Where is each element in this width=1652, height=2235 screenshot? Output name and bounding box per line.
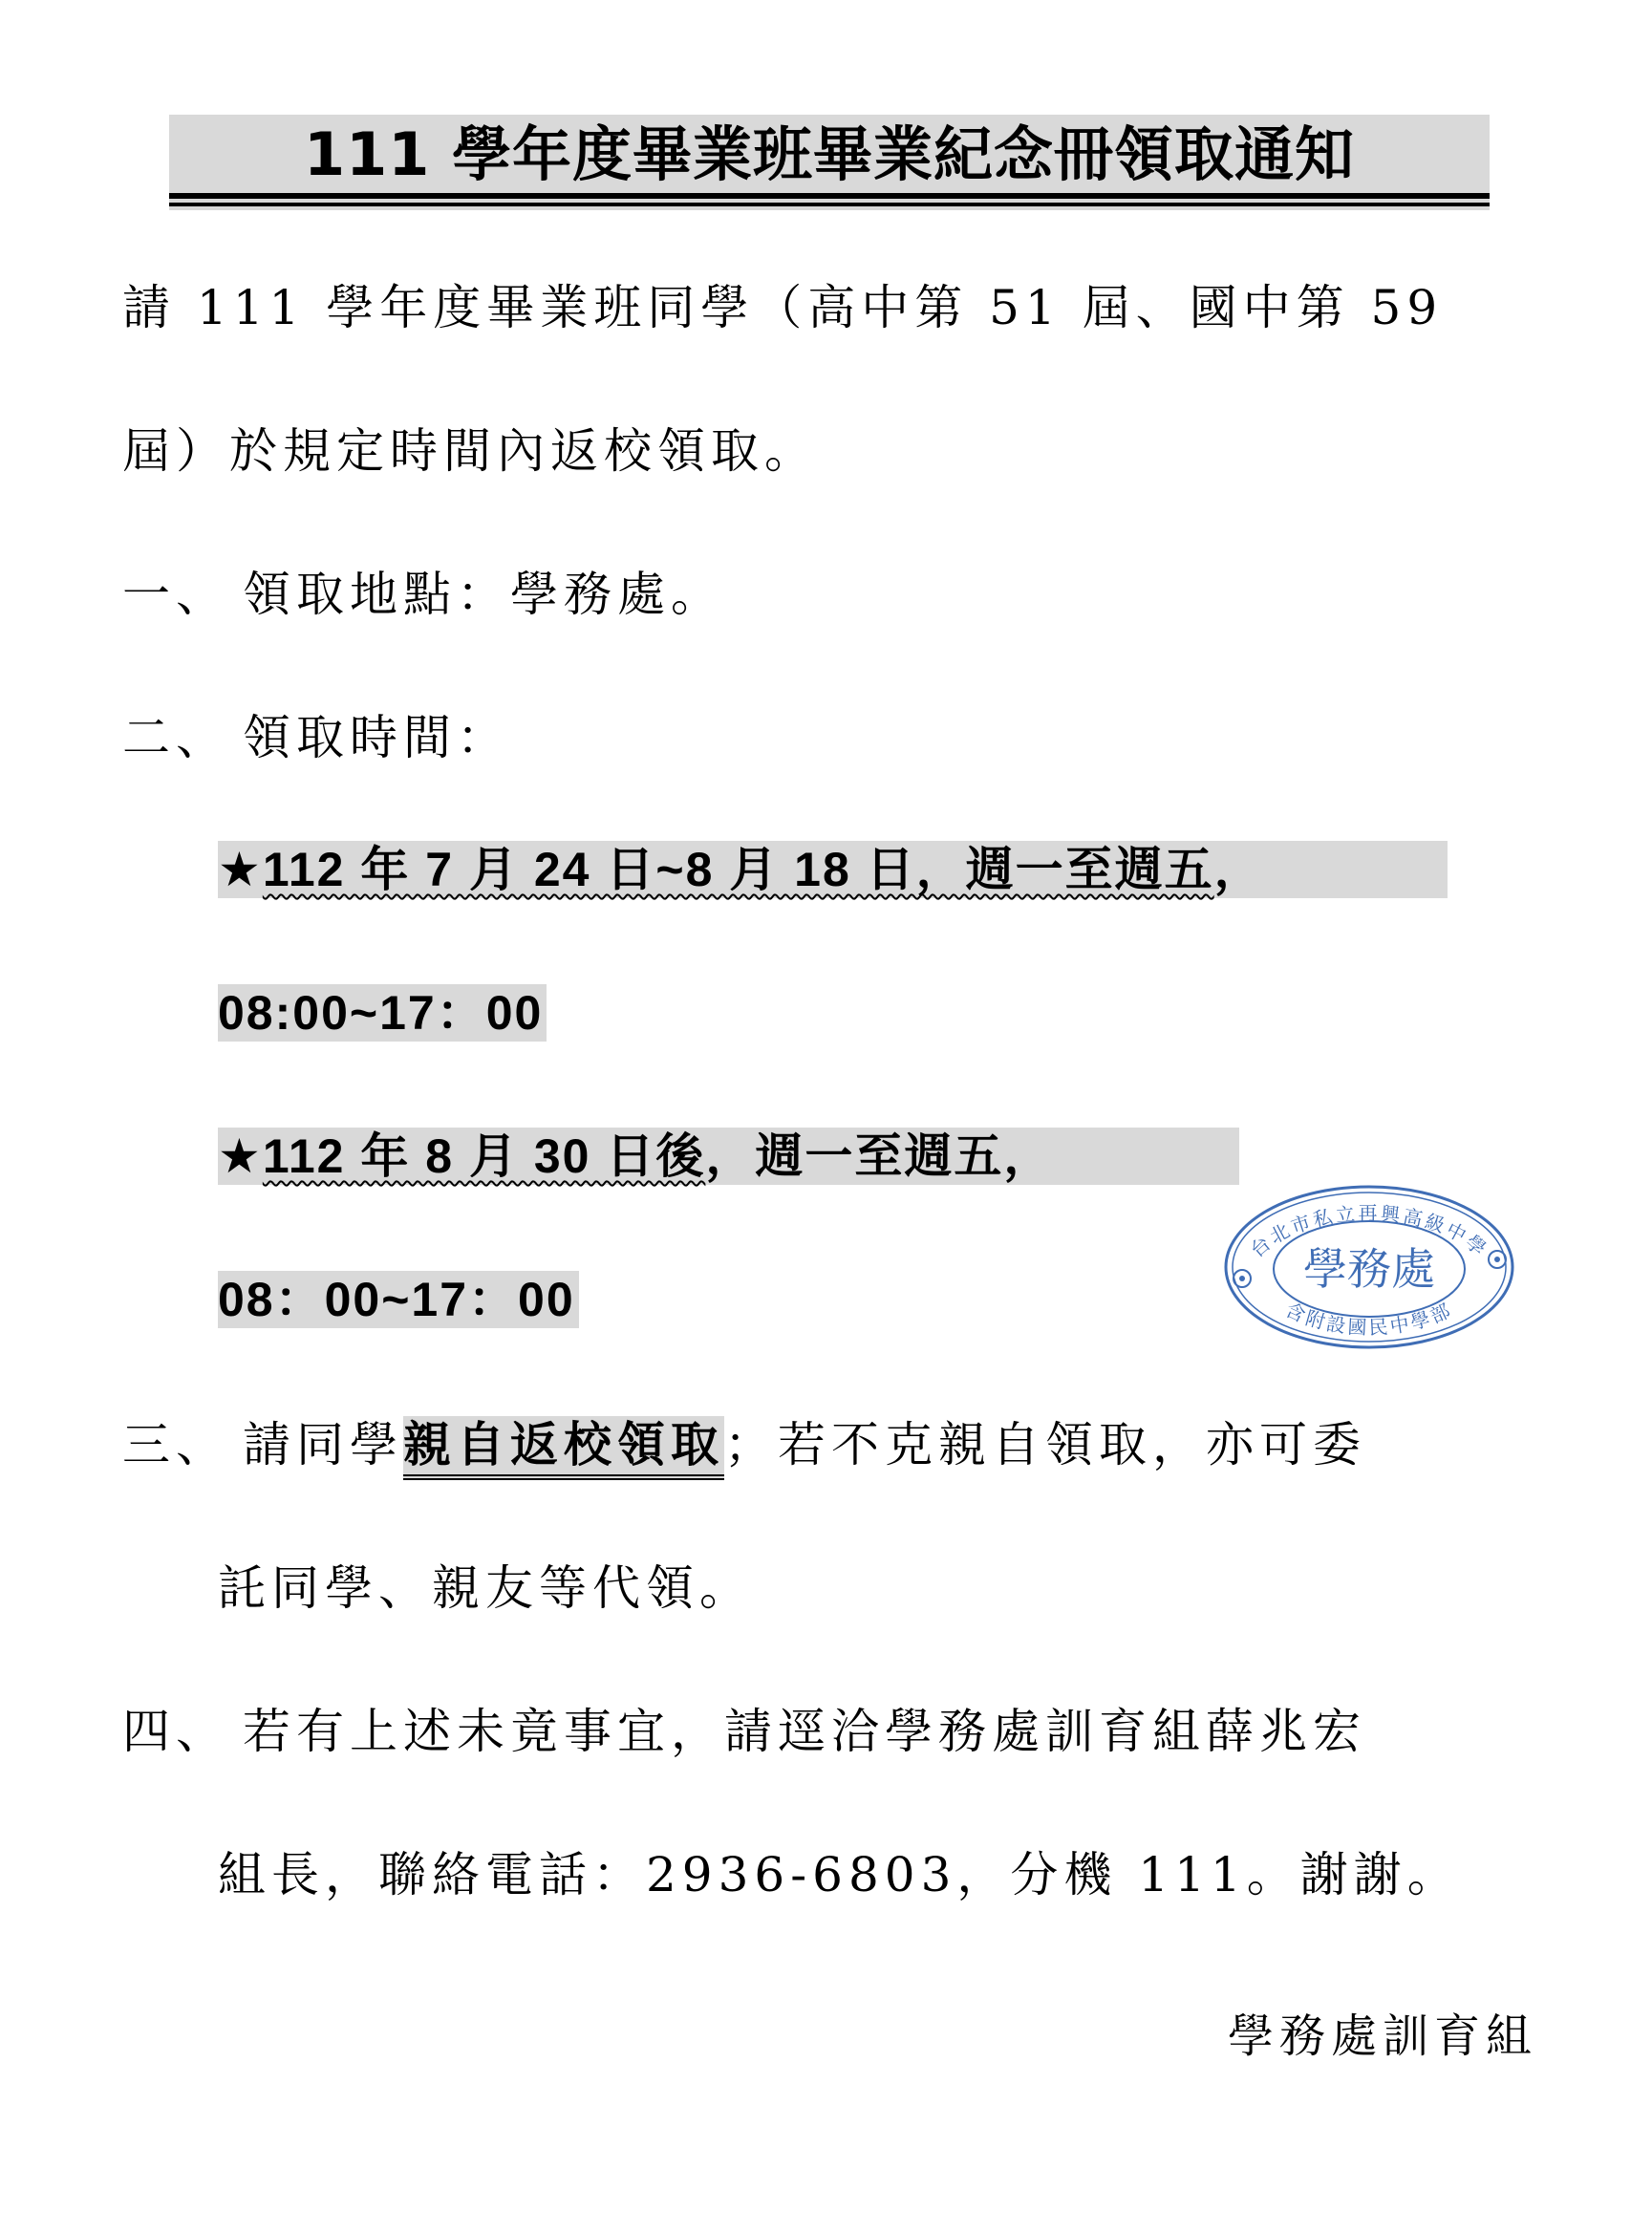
schedule-1-date-highlight: ★112 年 7 月 24 日~8 月 18 日，週一至週五，: [218, 841, 1448, 898]
intro-line-2: 屆）於規定時間內返校領取。: [122, 422, 818, 480]
item-3-number: 三、: [122, 1417, 229, 1472]
schedule-2-date: ★112 年 8 月 30 日後，週一至週五，: [218, 1128, 1239, 1185]
item-2-label: 領取時間：: [243, 710, 510, 765]
stamp-bottom-text: 含附設國民中學部: [1282, 1298, 1456, 1339]
title-underline-thick: [169, 193, 1490, 199]
title-underline-thin: [169, 203, 1490, 206]
schedule-2-date-highlight: ★112 年 8 月 30 日後，週一至週五，: [218, 1128, 1239, 1185]
item-4-line-1: 若有上述未竟事宜，請逕洽學務處訓育組薛兆宏: [243, 1704, 1366, 1759]
schedule-2-date-text: 112 年 8 月 30 日後: [263, 1129, 706, 1183]
item-4-line-2: 組長，聯絡電話：2936-6803，分機 111。謝謝。: [218, 1846, 1461, 1903]
schedule-1-date-text: 112 年 7 月 24 日~8 月 18 日，週一至週五: [263, 843, 1214, 896]
schedule-2-hours-text: 08：00~17：00: [218, 1271, 579, 1328]
item-3-line-2: 託同學、親友等代領。: [218, 1559, 753, 1617]
schedule-2-hours: 08：00~17：00: [218, 1271, 579, 1328]
title-banner: 111 學年度畢業班畢業紀念冊領取通知: [169, 115, 1490, 210]
item-2-number: 二、: [122, 710, 229, 765]
item-3-emphasis: 親自返校領取: [403, 1416, 724, 1480]
signature: 學務處訓育組: [1228, 1999, 1537, 2065]
item-3: 三、請同學親自返校領取；若不克親自領取，亦可委: [122, 1416, 1366, 1473]
schedule-2-date-trailing: ，週一至週五，: [705, 1129, 1053, 1183]
item-3-prefix: 請同學: [243, 1417, 403, 1472]
intro-line-1: 請 111 學年度畢業班同學（高中第 51 屆、國中第 59: [122, 279, 1443, 336]
item-3-suffix: ；若不克親自領取，亦可委: [724, 1417, 1366, 1472]
item-4-number: 四、: [122, 1704, 229, 1759]
item-1-number: 一、: [122, 567, 229, 622]
stamp-center-text: 學務處: [1303, 1243, 1435, 1295]
schedule-1-hours: 08:00~17：00: [218, 984, 547, 1042]
star-icon: ★: [218, 1129, 263, 1183]
document-page: 111 學年度畢業班畢業紀念冊領取通知 請 111 學年度畢業班同學（高中第 5…: [0, 0, 1652, 2235]
item-4: 四、若有上述未竟事宜，請逕洽學務處訓育組薛兆宏: [122, 1703, 1366, 1760]
star-icon: ★: [218, 843, 263, 896]
svg-text:含附設國民中學部: 含附設國民中學部: [1282, 1298, 1456, 1339]
item-1: 一、領取地點：學務處。: [122, 566, 724, 623]
schedule-1-hours-text: 08:00~17：00: [218, 984, 547, 1042]
page-title: 111 學年度畢業班畢業紀念冊領取通知: [169, 120, 1490, 189]
school-stamp-icon: 台北市私立再興高級中學 含附設國民中學部 學務處: [1221, 1183, 1517, 1350]
item-1-label: 領取地點：: [243, 567, 510, 622]
item-2: 二、領取時間：: [122, 709, 510, 766]
item-1-value: 學務處。: [510, 567, 724, 622]
schedule-1-date-trailing: ，: [1214, 843, 1264, 896]
schedule-1-date: ★112 年 7 月 24 日~8 月 18 日，週一至週五，: [218, 841, 1448, 898]
